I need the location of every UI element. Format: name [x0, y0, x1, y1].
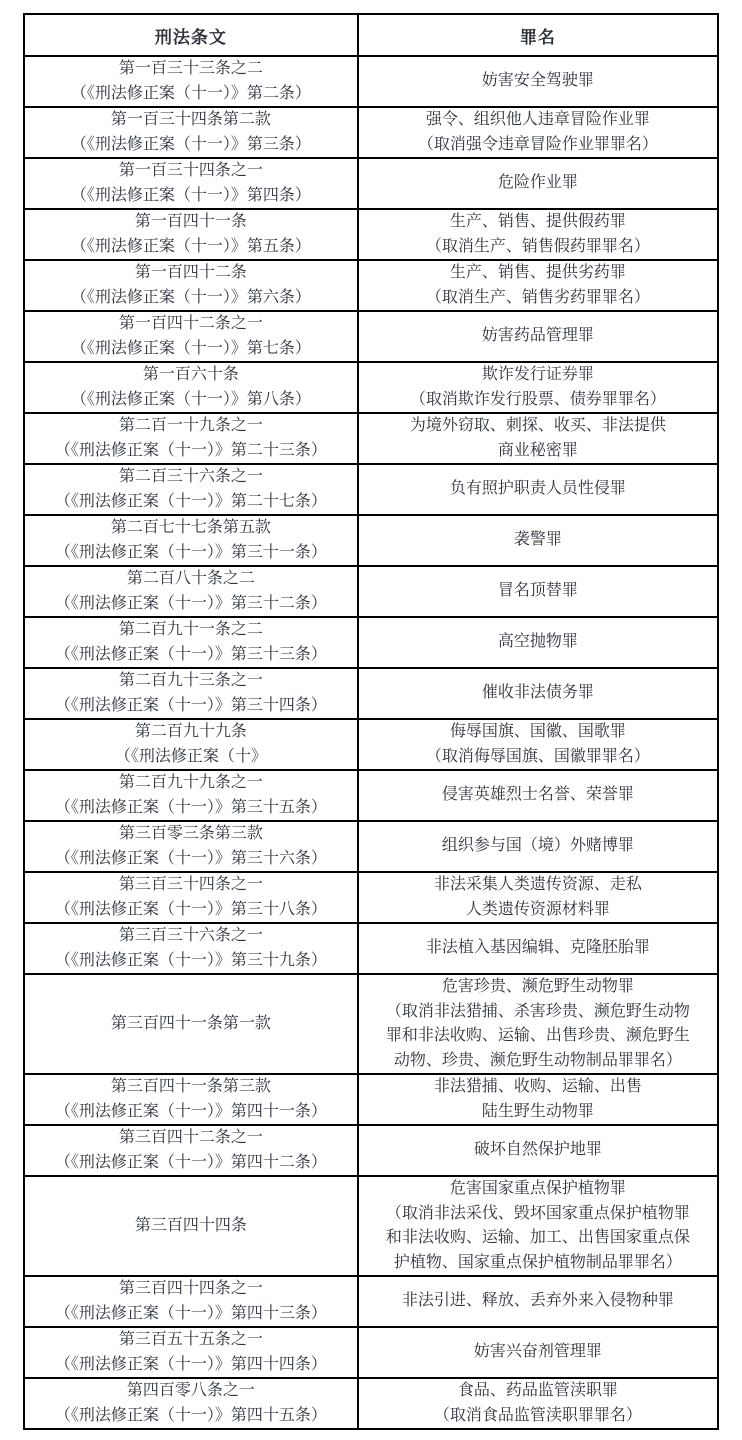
article-cell: 第三百四十二条之一（《刑法修正案（十一）》第四十二条）	[24, 1125, 358, 1176]
header-article-column: 刑法条文	[24, 14, 358, 56]
table-row: 第三百四十一条第一款危害珍贵、濒危野生动物罪（取消非法猎捕、杀害珍贵、濒危野生动…	[24, 974, 718, 1074]
cell-line: 第三百三十六条之一	[25, 924, 357, 949]
cell-line: （取消生产、销售假药罪罪名）	[359, 235, 717, 260]
crime-cell: 妨害药品管理罪	[358, 311, 718, 362]
article-cell: 第二百一十九条之一（《刑法修正案（十一）》第二十三条）	[24, 413, 358, 464]
crime-cell: 组织参与国（境）外赌博罪	[358, 821, 718, 872]
cell-line: 危害国家重点保护植物罪	[359, 1177, 717, 1202]
table-row: 第一百三十三条之二（《刑法修正案（十一）》第二条）妨害安全驾驶罪	[24, 56, 718, 107]
cell-line: （《刑法修正案（十一）》第四条）	[25, 184, 357, 209]
cell-line: 妨害安全驾驶罪	[359, 69, 717, 94]
cell-line: （《刑法修正案（十一）》第二条）	[25, 82, 357, 107]
cell-line: （《刑法修正案（十一）》第五条）	[25, 235, 357, 260]
article-cell: 第三百四十四条之一（《刑法修正案（十一）》第四十三条）	[24, 1276, 358, 1327]
table-row: 第一百四十二条之一（《刑法修正案（十一）》第七条）妨害药品管理罪	[24, 311, 718, 362]
cell-line: 陆生野生动物罪	[359, 1100, 717, 1125]
cell-line: 食品、药品监管渎职罪	[359, 1379, 717, 1404]
cell-line: 非法引进、释放、丢弃外来入侵物种罪	[359, 1289, 717, 1314]
crime-cell: 高空抛物罪	[358, 617, 718, 668]
table-row: 第二百八十条之二（《刑法修正案（十一）》第三十二条）冒名顶替罪	[24, 566, 718, 617]
cell-line: 侮辱国旗、国徽、国歌罪	[359, 720, 717, 745]
article-cell: 第二百九十一条之二（《刑法修正案（十一）》第三十三条）	[24, 617, 358, 668]
cell-line: （取消生产、销售劣药罪罪名）	[359, 286, 717, 311]
crime-cell: 生产、销售、提供假药罪（取消生产、销售假药罪罪名）	[358, 209, 718, 260]
article-cell: 第一百四十一条（《刑法修正案（十一）》第五条）	[24, 209, 358, 260]
article-cell: 第三百四十一条第三款（《刑法修正案（十一）》第四十一条）	[24, 1074, 358, 1125]
cell-line: 妨害药品管理罪	[359, 324, 717, 349]
article-cell: 第一百三十四条第二款（《刑法修正案（十一）》第三条）	[24, 107, 358, 158]
cell-line: 第三百零三条第三款	[25, 822, 357, 847]
cell-line: 高空抛物罪	[359, 630, 717, 655]
crime-cell: 强令、组织他人违章冒险作业罪（取消强令违章冒险作业罪罪名）	[358, 107, 718, 158]
article-cell: 第一百三十三条之二（《刑法修正案（十一）》第二条）	[24, 56, 358, 107]
cell-line: 动物、珍贵、濒危野生动物制品罪罪名）	[359, 1049, 717, 1074]
table-row: 第三百零三条第三款（《刑法修正案（十一）》第三十六条）组织参与国（境）外赌博罪	[24, 821, 718, 872]
crime-cell: 非法猎捕、收购、运输、出售陆生野生动物罪	[358, 1074, 718, 1125]
article-cell: 第一百三十四条之一（《刑法修正案（十一）》第四条）	[24, 158, 358, 209]
article-cell: 第二百八十条之二（《刑法修正案（十一）》第三十二条）	[24, 566, 358, 617]
cell-line: 第一百四十二条之一	[25, 312, 357, 337]
article-cell: 第二百七十七条第五款（《刑法修正案（十一）》第三十一条）	[24, 515, 358, 566]
cell-line: 催收非法债务罪	[359, 681, 717, 706]
cell-line: 欺诈发行证券罪	[359, 363, 717, 388]
cell-line: 罪和非法收购、运输、出售珍贵、濒危野生	[359, 1024, 717, 1049]
table-row: 第三百四十二条之一（《刑法修正案（十一）》第四十二条）破坏自然保护地罪	[24, 1125, 718, 1176]
crime-cell: 食品、药品监管渎职罪（取消食品监管渎职罪罪名）	[358, 1378, 718, 1429]
cell-line: （《刑法修正案（十一）》第三十五条）	[25, 796, 357, 821]
cell-line: （《刑法修正案（十一）》第二十三条）	[25, 439, 357, 464]
cell-line: 非法植入基因编辑、克隆胚胎罪	[359, 936, 717, 961]
cell-line: 第一百四十一条	[25, 210, 357, 235]
article-cell: 第二百九十三条之一（《刑法修正案（十一）》第三十四条）	[24, 668, 358, 719]
cell-line: 冒名顶替罪	[359, 579, 717, 604]
table-row: 第二百九十三条之一（《刑法修正案（十一）》第三十四条）催收非法债务罪	[24, 668, 718, 719]
cell-line: （《刑法修正案（十一）》第三十二条）	[25, 592, 357, 617]
article-cell: 第二百九十九条之一（《刑法修正案（十一）》第三十五条）	[24, 770, 358, 821]
table-row: 第三百四十四条之一（《刑法修正案（十一）》第四十三条）非法引进、释放、丢弃外来入…	[24, 1276, 718, 1327]
cell-line: 组织参与国（境）外赌博罪	[359, 834, 717, 859]
article-cell: 第二百九十九条（《刑法修正案（十》	[24, 719, 358, 770]
article-cell: 第三百三十四条之一（《刑法修正案（十一）》第三十八条）	[24, 872, 358, 923]
table-row: 第一百四十一条（《刑法修正案（十一）》第五条）生产、销售、提供假药罪（取消生产、…	[24, 209, 718, 260]
cell-line: （《刑法修正案（十一）》第三十四条）	[25, 694, 357, 719]
table-row: 第一百六十条（《刑法修正案（十一）》第八条）欺诈发行证券罪（取消欺诈发行股票、债…	[24, 362, 718, 413]
cell-line: 第一百四十二条	[25, 261, 357, 286]
cell-line: （《刑法修正案（十一）》第三十三条）	[25, 643, 357, 668]
cell-line: 生产、销售、提供假药罪	[359, 210, 717, 235]
article-cell: 第一百四十二条之一（《刑法修正案（十一）》第七条）	[24, 311, 358, 362]
cell-line: （《刑法修正案（十一）》第四十三条）	[25, 1302, 357, 1327]
table-row: 第二百九十九条（《刑法修正案（十》侮辱国旗、国徽、国歌罪（取消侮辱国旗、国徽罪罪…	[24, 719, 718, 770]
cell-line: 第三百四十二条之一	[25, 1126, 357, 1151]
cell-line: 人类遗传资源材料罪	[359, 898, 717, 923]
cell-line: （《刑法修正案（十》	[25, 745, 357, 770]
crime-cell: 欺诈发行证券罪（取消欺诈发行股票、债券罪罪名）	[358, 362, 718, 413]
cell-line: （取消非法猎捕、杀害珍贵、濒危野生动物	[359, 1000, 717, 1025]
crime-cell: 侵害英雄烈士名誉、荣誉罪	[358, 770, 718, 821]
article-cell: 第四百零八条之一（《刑法修正案（十一）》第四十五条）	[24, 1378, 358, 1429]
article-cell: 第一百四十二条（《刑法修正案（十一）》第六条）	[24, 260, 358, 311]
cell-line: （《刑法修正案（十一）》第四十四条）	[25, 1353, 357, 1378]
criminal-law-amendment-table: 刑法条文 罪名 第一百三十三条之二（《刑法修正案（十一）》第二条）妨害安全驾驶罪…	[23, 13, 719, 1430]
cell-line: （《刑法修正案（十一）》第七条）	[25, 337, 357, 362]
cell-line: （《刑法修正案（十一）》第三十一条）	[25, 541, 357, 566]
cell-line: 第二百一十九条之一	[25, 414, 357, 439]
table-row: 第二百七十七条第五款（《刑法修正案（十一）》第三十一条）袭警罪	[24, 515, 718, 566]
table-row: 第三百三十四条之一（《刑法修正案（十一）》第三十八条）非法采集人类遗传资源、走私…	[24, 872, 718, 923]
cell-line: （取消欺诈发行股票、债券罪罪名）	[359, 388, 717, 413]
cell-line: 负有照护职责人员性侵罪	[359, 477, 717, 502]
cell-line: 第四百零八条之一	[25, 1379, 357, 1404]
crime-cell: 危害国家重点保护植物罪（取消非法采伐、毁坏国家重点保护植物罪和非法收购、运输、加…	[358, 1176, 718, 1276]
cell-line: 危害珍贵、濒危野生动物罪	[359, 975, 717, 1000]
cell-line: 非法猎捕、收购、运输、出售	[359, 1075, 717, 1100]
cell-line: （《刑法修正案（十一）》第二十七条）	[25, 490, 357, 515]
crime-cell: 危害珍贵、濒危野生动物罪（取消非法猎捕、杀害珍贵、濒危野生动物罪和非法收购、运输…	[358, 974, 718, 1074]
table-row: 第三百三十六条之一（《刑法修正案（十一）》第三十九条）非法植入基因编辑、克隆胚胎…	[24, 923, 718, 974]
table-row: 第一百四十二条（《刑法修正案（十一）》第六条）生产、销售、提供劣药罪（取消生产、…	[24, 260, 718, 311]
cell-line: （《刑法修正案（十一）》第三十六条）	[25, 847, 357, 872]
cell-line: （《刑法修正案（十一）》第三十九条）	[25, 949, 357, 974]
cell-line: 第二百九十三条之一	[25, 669, 357, 694]
article-cell: 第二百三十六条之一（《刑法修正案（十一）》第二十七条）	[24, 464, 358, 515]
crime-cell: 妨害安全驾驶罪	[358, 56, 718, 107]
cell-line: 第三百四十四条之一	[25, 1277, 357, 1302]
table-row: 第一百三十四条第二款（《刑法修正案（十一）》第三条）强令、组织他人违章冒险作业罪…	[24, 107, 718, 158]
article-cell: 第一百六十条（《刑法修正案（十一）》第八条）	[24, 362, 358, 413]
cell-line: 商业秘密罪	[359, 439, 717, 464]
cell-line: 第二百七十七条第五款	[25, 516, 357, 541]
crime-cell: 催收非法债务罪	[358, 668, 718, 719]
crime-cell: 危险作业罪	[358, 158, 718, 209]
header-row: 刑法条文 罪名	[24, 14, 718, 56]
cell-line: 第二百九十九条	[25, 720, 357, 745]
cell-line: 为境外窃取、刺探、收买、非法提供	[359, 414, 717, 439]
cell-line: 第三百四十四条	[25, 1214, 357, 1239]
cell-line: 破坏自然保护地罪	[359, 1138, 717, 1163]
cell-line: （《刑法修正案（十一）》第四十二条）	[25, 1151, 357, 1176]
crime-cell: 冒名顶替罪	[358, 566, 718, 617]
cell-line: 第二百三十六条之一	[25, 465, 357, 490]
cell-line: （《刑法修正案（十一）》第三十八条）	[25, 898, 357, 923]
crime-cell: 为境外窃取、刺探、收买、非法提供商业秘密罪	[358, 413, 718, 464]
cell-line: 强令、组织他人违章冒险作业罪	[359, 108, 717, 133]
article-cell: 第三百四十四条	[24, 1176, 358, 1276]
cell-line: （《刑法修正案（十一）》第四十五条）	[25, 1404, 357, 1429]
table-row: 第二百三十六条之一（《刑法修正案（十一）》第二十七条）负有照护职责人员性侵罪	[24, 464, 718, 515]
cell-line: 第三百四十一条第一款	[25, 1012, 357, 1037]
cell-line: 第三百三十四条之一	[25, 873, 357, 898]
cell-line: 侵害英雄烈士名誉、荣誉罪	[359, 783, 717, 808]
cell-line: （取消食品监管渎职罪罪名）	[359, 1404, 717, 1429]
table-row: 第三百四十一条第三款（《刑法修正案（十一）》第四十一条）非法猎捕、收购、运输、出…	[24, 1074, 718, 1125]
cell-line: （取消侮辱国旗、国徽罪罪名）	[359, 745, 717, 770]
cell-line: 护植物、国家重点保护植物制品罪罪名）	[359, 1251, 717, 1276]
table-row: 第二百一十九条之一（《刑法修正案（十一）》第二十三条）为境外窃取、刺探、收买、非…	[24, 413, 718, 464]
header-crime-column: 罪名	[358, 14, 718, 56]
cell-line: （《刑法修正案（十一）》第三条）	[25, 133, 357, 158]
cell-line: （《刑法修正案（十一）》第八条）	[25, 388, 357, 413]
table-row: 第四百零八条之一（《刑法修正案（十一）》第四十五条）食品、药品监管渎职罪（取消食…	[24, 1378, 718, 1429]
cell-line: 第二百八十条之二	[25, 567, 357, 592]
table-row: 第三百四十四条危害国家重点保护植物罪（取消非法采伐、毁坏国家重点保护植物罪和非法…	[24, 1176, 718, 1276]
crime-cell: 妨害兴奋剂管理罪	[358, 1327, 718, 1378]
cell-line: 生产、销售、提供劣药罪	[359, 261, 717, 286]
cell-line: （取消非法采伐、毁坏国家重点保护植物罪	[359, 1202, 717, 1227]
crime-cell: 破坏自然保护地罪	[358, 1125, 718, 1176]
crime-cell: 侮辱国旗、国徽、国歌罪（取消侮辱国旗、国徽罪罪名）	[358, 719, 718, 770]
cell-line: 危险作业罪	[359, 171, 717, 196]
cell-line: 第三百五十五条之一	[25, 1328, 357, 1353]
crime-cell: 非法采集人类遗传资源、走私人类遗传资源材料罪	[358, 872, 718, 923]
cell-line: 第一百三十四条第二款	[25, 108, 357, 133]
article-cell: 第三百零三条第三款（《刑法修正案（十一）》第三十六条）	[24, 821, 358, 872]
table-row: 第一百三十四条之一（《刑法修正案（十一）》第四条）危险作业罪	[24, 158, 718, 209]
cell-line: 袭警罪	[359, 528, 717, 553]
table-row: 第二百九十一条之二（《刑法修正案（十一）》第三十三条）高空抛物罪	[24, 617, 718, 668]
cell-line: 第三百四十一条第三款	[25, 1075, 357, 1100]
table-row: 第二百九十九条之一（《刑法修正案（十一）》第三十五条）侵害英雄烈士名誉、荣誉罪	[24, 770, 718, 821]
cell-line: 非法采集人类遗传资源、走私	[359, 873, 717, 898]
cell-line: （《刑法修正案（十一）》第四十一条）	[25, 1100, 357, 1125]
table-row: 第三百五十五条之一（《刑法修正案（十一）》第四十四条）妨害兴奋剂管理罪	[24, 1327, 718, 1378]
cell-line: 第一百三十四条之一	[25, 159, 357, 184]
crime-cell: 袭警罪	[358, 515, 718, 566]
cell-line: 第一百三十三条之二	[25, 57, 357, 82]
article-cell: 第三百三十六条之一（《刑法修正案（十一）》第三十九条）	[24, 923, 358, 974]
crime-cell: 非法引进、释放、丢弃外来入侵物种罪	[358, 1276, 718, 1327]
cell-line: 第一百六十条	[25, 363, 357, 388]
cell-line: 第二百九十九条之一	[25, 771, 357, 796]
cell-line: 妨害兴奋剂管理罪	[359, 1340, 717, 1365]
cell-line: 和非法收购、运输、加工、出售国家重点保	[359, 1226, 717, 1251]
cell-line: （取消强令违章冒险作业罪罪名）	[359, 133, 717, 158]
crime-cell: 负有照护职责人员性侵罪	[358, 464, 718, 515]
article-cell: 第三百五十五条之一（《刑法修正案（十一）》第四十四条）	[24, 1327, 358, 1378]
article-cell: 第三百四十一条第一款	[24, 974, 358, 1074]
table-header: 刑法条文 罪名	[24, 14, 718, 56]
cell-line: 第二百九十一条之二	[25, 618, 357, 643]
crime-cell: 非法植入基因编辑、克隆胚胎罪	[358, 923, 718, 974]
table-body: 第一百三十三条之二（《刑法修正案（十一）》第二条）妨害安全驾驶罪第一百三十四条第…	[24, 56, 718, 1429]
cell-line: （《刑法修正案（十一）》第六条）	[25, 286, 357, 311]
crime-cell: 生产、销售、提供劣药罪（取消生产、销售劣药罪罪名）	[358, 260, 718, 311]
